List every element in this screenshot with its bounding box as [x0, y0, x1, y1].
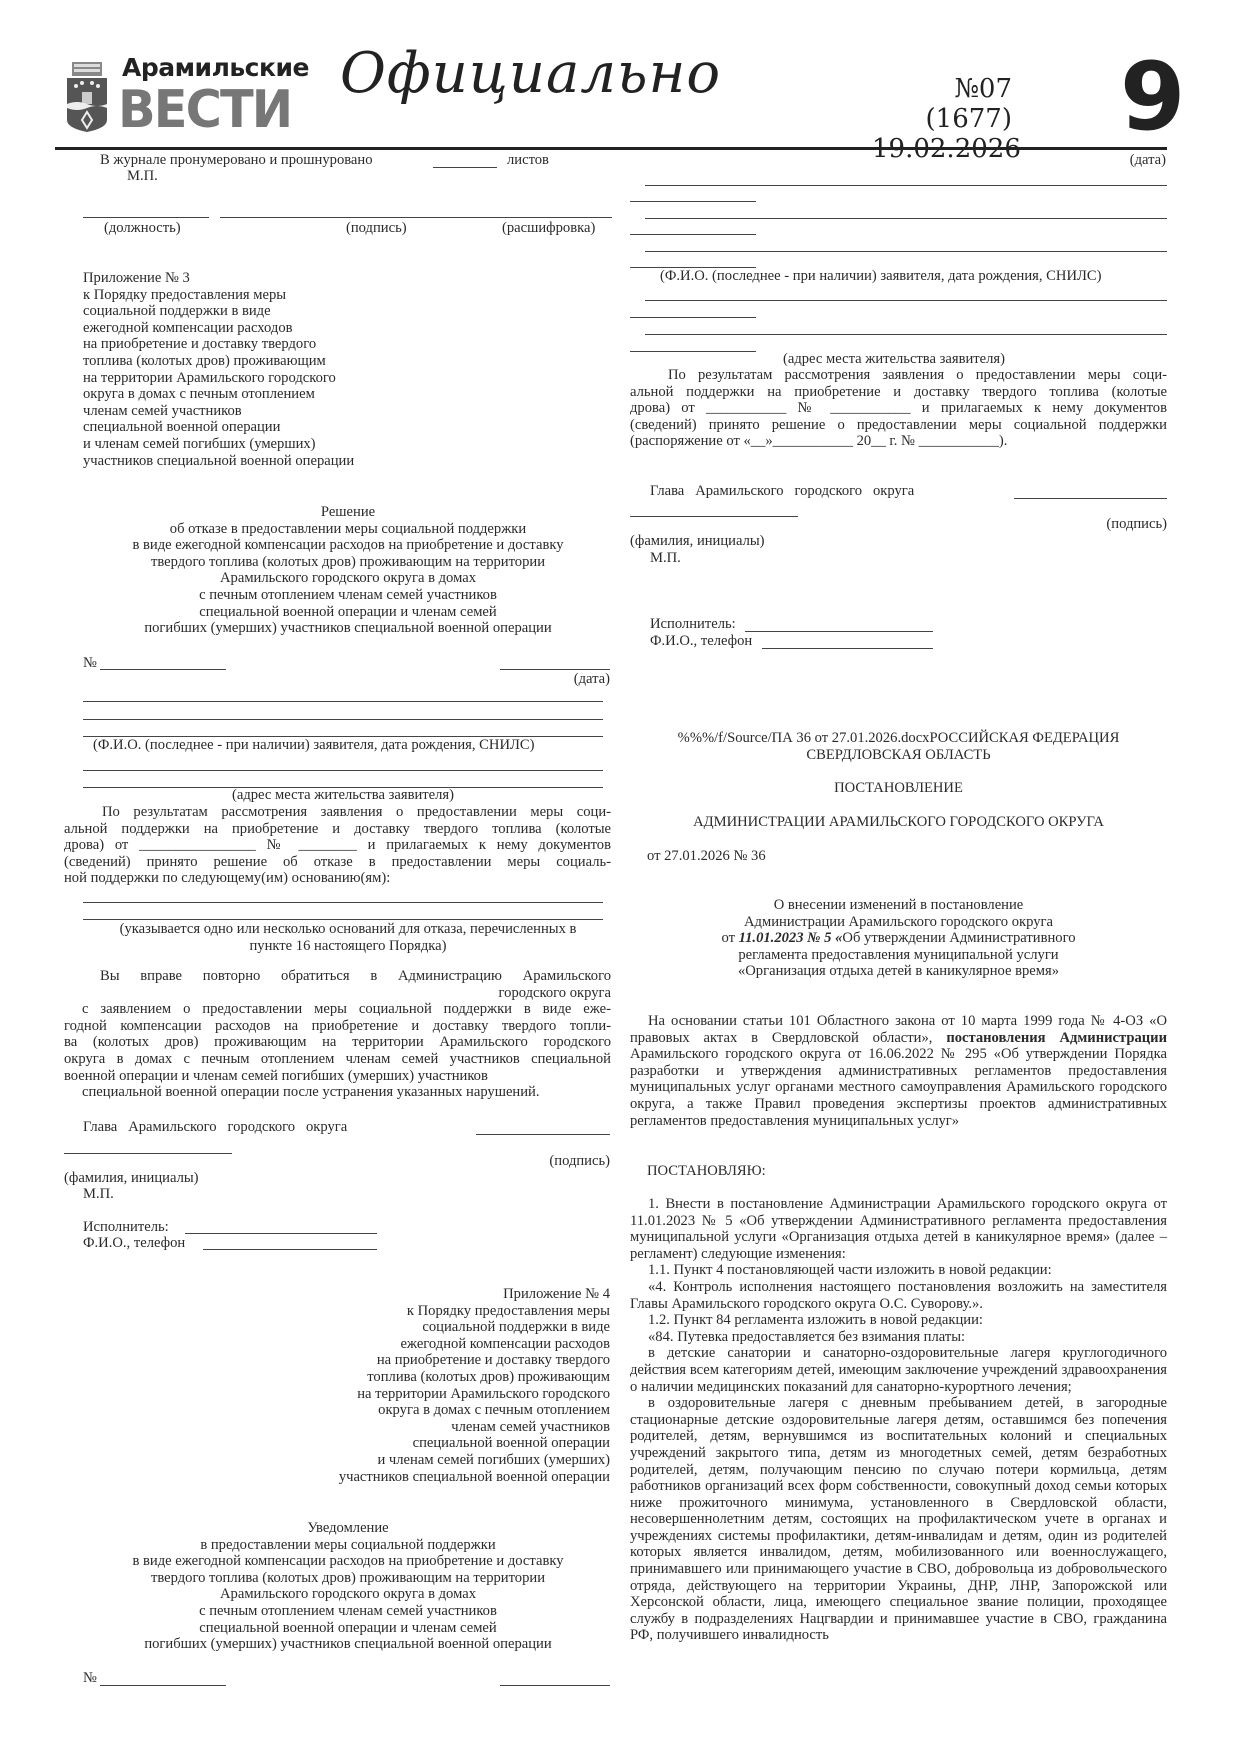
name-label: (фамилия, инициалы) — [64, 1170, 199, 1187]
journal-sheets: листов — [507, 152, 549, 169]
head-name-blank[interactable] — [630, 516, 798, 517]
head-name-blank[interactable] — [64, 1153, 232, 1154]
grant-paragraph: По результатам рассмотрения заявления о … — [630, 367, 1167, 450]
date-blank[interactable] — [500, 669, 610, 670]
seal-mark: М.П. — [650, 550, 681, 567]
address-blank-1[interactable] — [83, 770, 603, 771]
section-title: Официально — [340, 66, 721, 83]
reapply-paragraph: Вы вправе повторно обратиться в Админист… — [64, 968, 611, 1101]
seal-mark: М.П. — [83, 1186, 114, 1203]
issue-info: №07 (1677) 19.02.2026 — [872, 74, 1012, 164]
name-label: (фамилия, инициалы) — [630, 533, 765, 550]
executor-label: Исполнитель: — [83, 1219, 169, 1236]
fio-blank-2b[interactable] — [630, 234, 756, 235]
executor-label: Исполнитель: — [650, 616, 736, 633]
decree-type: ПОСТАНОВЛЕНИЕ — [630, 780, 1167, 797]
decree-authority: АДМИНИСТРАЦИИ АРАМИЛЬСКОГО ГОРОДСКОГО ОК… — [630, 814, 1167, 831]
newspaper-logo-big: ВЕСТИ — [118, 80, 291, 140]
fio-blank-1[interactable] — [83, 701, 603, 702]
refusal-decision-title: Решениеоб отказе в предоставлении меры с… — [83, 504, 613, 637]
signature-label: (подпись) — [476, 1153, 610, 1170]
fio-blank-2[interactable] — [83, 719, 603, 720]
decree-subject: О внесении изменений в постановление Адм… — [630, 897, 1167, 980]
address-blank-2[interactable] — [645, 334, 1167, 335]
signature-label: (подпись) — [1014, 516, 1167, 533]
fio-phone-blank[interactable] — [762, 648, 933, 649]
date-blank[interactable] — [500, 1685, 610, 1686]
page-number: 9 — [1120, 48, 1185, 148]
number-label: № — [83, 1670, 97, 1687]
number-label: № — [83, 655, 97, 672]
fio-phone-label: Ф.И.О., телефон — [650, 633, 752, 650]
position-blank[interactable] — [83, 217, 209, 218]
grounds-blank-2[interactable] — [83, 919, 603, 920]
fio-label: (Ф.И.О. (последнее - при наличии) заявит… — [660, 268, 1101, 285]
address-blank-1[interactable] — [645, 300, 1167, 301]
journal-line: В журнале пронумеровано и прошнуровано — [100, 152, 373, 169]
signature-label: (подпись) — [346, 220, 407, 237]
newspaper-logo-small: Арамильские — [122, 60, 309, 77]
fio-phone-blank[interactable] — [203, 1249, 377, 1250]
address-blank-2b[interactable] — [630, 351, 756, 352]
grounds-blank-1[interactable] — [83, 902, 603, 903]
seal-mark: М.П. — [127, 168, 158, 185]
fio-label: (Ф.И.О. (последнее - при наличии) заявит… — [93, 737, 534, 754]
sheets-blank[interactable] — [433, 167, 497, 168]
fio-blank-1[interactable] — [645, 185, 1167, 186]
fio-blank-1b[interactable] — [630, 201, 756, 202]
fio-blank-2[interactable] — [645, 218, 1167, 219]
signature-blank[interactable] — [220, 217, 384, 218]
source-line: %%%/f/Source/ПА 36 от 27.01.2026.docxРОС… — [630, 730, 1167, 747]
date-label: (дата) — [500, 671, 610, 688]
appendix-4-caption: Приложение № 4к Порядку предоставления м… — [250, 1286, 610, 1485]
executor-blank[interactable] — [745, 631, 933, 632]
fio-phone-label: Ф.И.О., телефон — [83, 1235, 185, 1252]
decree-date-number: от 27.01.2026 № 36 — [647, 848, 766, 865]
address-blank-1b[interactable] — [630, 317, 756, 318]
number-blank[interactable] — [100, 1685, 226, 1686]
decipher-blank[interactable] — [382, 217, 612, 218]
head-signature-blank[interactable] — [1014, 498, 1167, 499]
fio-blank-3[interactable] — [645, 251, 1167, 252]
address-label: (адрес места жительства заявителя) — [783, 351, 1005, 368]
address-label: (адрес места жительства заявителя) — [83, 787, 603, 804]
position-label: (должность) — [104, 220, 181, 237]
notice-title: Уведомлениев предоставлении меры социаль… — [83, 1520, 613, 1653]
head-signature-blank[interactable] — [476, 1134, 610, 1135]
decree-resolve: ПОСТАНОВЛЯЮ: — [647, 1163, 766, 1180]
grounds-label: (указывается одно или несколько основани… — [83, 921, 613, 954]
date-label: (дата) — [1060, 152, 1166, 169]
head-of-district: Глава Арамильского городского округа — [83, 1119, 347, 1136]
issue-number: №07 (1677) — [872, 74, 1012, 134]
header-rule — [55, 147, 1167, 150]
refusal-paragraph: По результатам рассмотрения заявления о … — [64, 804, 611, 887]
decree-items: 1. Внести в постановление Администрации … — [630, 1196, 1167, 1644]
coat-of-arms-icon — [66, 62, 108, 132]
executor-blank[interactable] — [185, 1233, 377, 1234]
decree-header: %%%/f/Source/ПА 36 от 27.01.2026.docxРОС… — [630, 730, 1167, 763]
head-of-district: Глава Арамильского городского округа — [650, 483, 914, 500]
region: СВЕРДЛОВСКАЯ ОБЛАСТЬ — [630, 747, 1167, 764]
number-blank[interactable] — [100, 669, 226, 670]
decree-basis: На основании статьи 101 Областного закон… — [630, 1013, 1167, 1129]
appendix-3-caption: Приложение № 3к Порядку предоставления м… — [83, 270, 483, 469]
decipher-label: (расшифровка) — [502, 220, 595, 237]
